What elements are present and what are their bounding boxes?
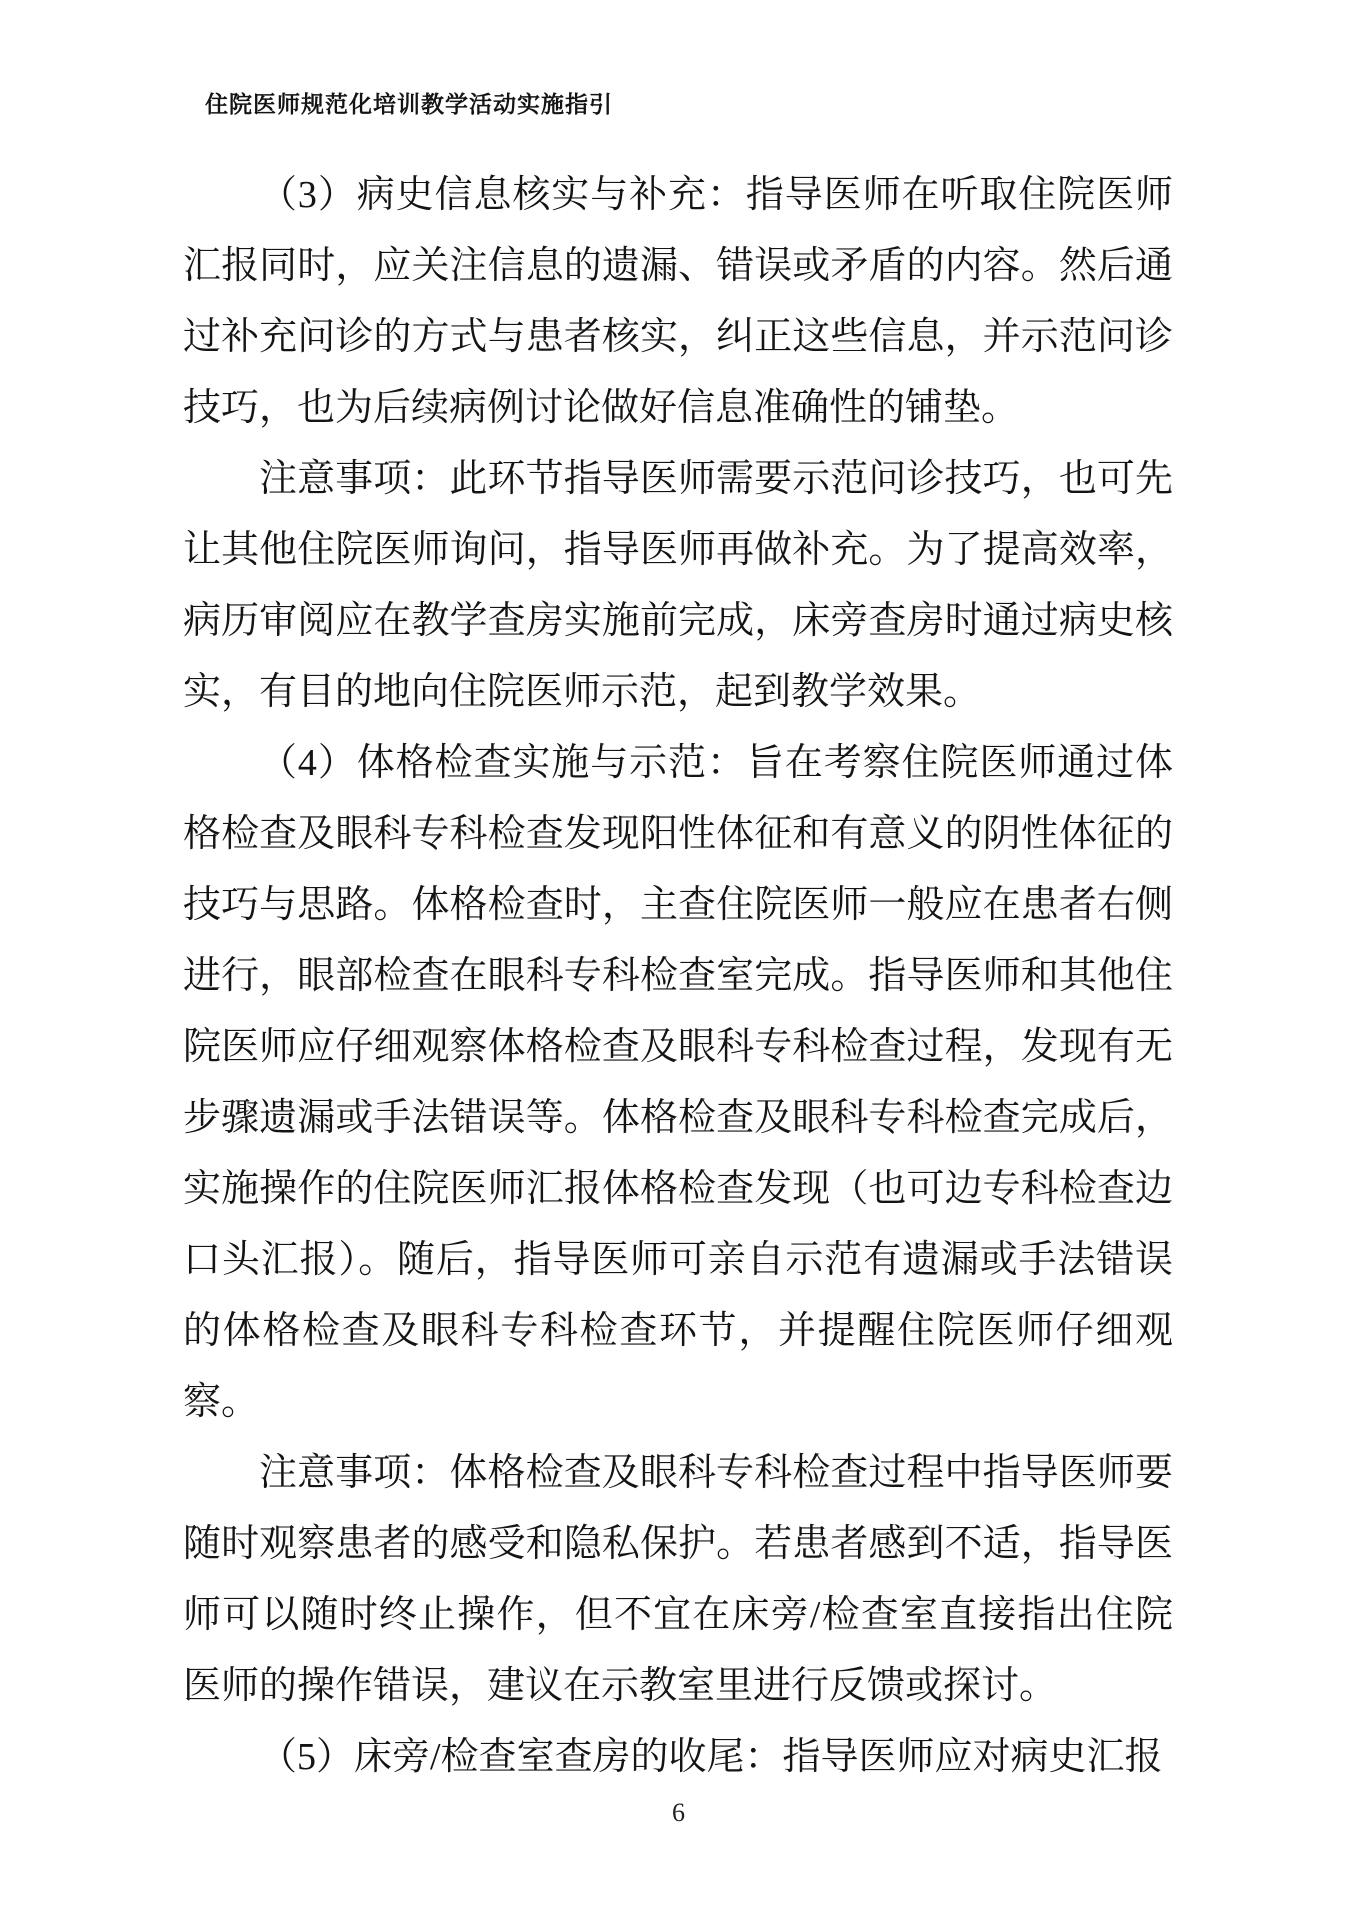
paragraph-4-physical-exam: （4）体格检查实施与示范：旨在考察住院医师通过体格检查及眼科专科检查发现阳性体征…: [183, 728, 1173, 1438]
paragraph-note-physical-exam: 注意事项：体格检查及眼科专科检查过程中指导医师要随时观察患者的感受和隐私保护。若…: [183, 1438, 1173, 1722]
page-number: 6: [0, 1798, 1357, 1828]
paragraph-note-interview: 注意事项：此环节指导医师需要示范问诊技巧，也可先让其他住院医师询问，指导医师再做…: [183, 444, 1173, 728]
page-header-title: 住院医师规范化培训教学活动实施指引: [205, 86, 613, 119]
document-page: 住院医师规范化培训教学活动实施指引 （3）病史信息核实与补充：指导医师在听取住院…: [0, 0, 1357, 1920]
paragraph-5-bedside-closing: （5）床旁/检查室查房的收尾：指导医师应对病史汇报: [183, 1722, 1173, 1793]
paragraph-3-history-verification: （3）病史信息核实与补充：指导医师在听取住院医师汇报同时，应关注信息的遗漏、错误…: [183, 160, 1173, 444]
document-body: （3）病史信息核实与补充：指导医师在听取住院医师汇报同时，应关注信息的遗漏、错误…: [183, 160, 1173, 1793]
